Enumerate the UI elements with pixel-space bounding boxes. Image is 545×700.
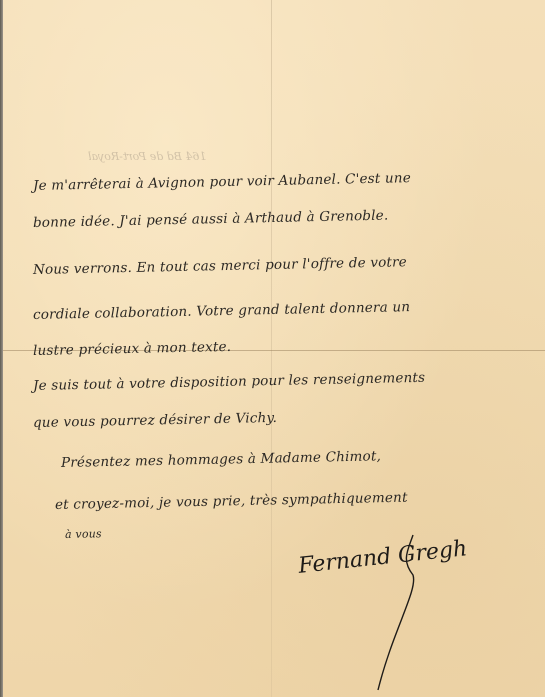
letter-line-4: cordiale collaboration. Votre grand tale… [33, 299, 410, 323]
letter-page: 164 Bd de Port-Royal Je m'arrêterai à Av… [3, 0, 545, 697]
letter-line-10: à vous [65, 527, 102, 541]
bleed-through-header: 164 Bd de Port-Royal [88, 150, 206, 163]
letter-line-2: bonne idée. J'ai pensé aussi à Arthaud à… [33, 208, 389, 231]
letter-line-5: lustre précieux à mon texte. [33, 339, 232, 359]
letter-line-1: Je m'arrêterai à Avignon pour voir Auban… [33, 170, 411, 194]
signature-flourish-icon [373, 530, 433, 697]
letter-line-6: Je suis tout à votre disposition pour le… [33, 370, 426, 394]
letter-line-7: que vous pourrez désirer de Vichy. [33, 410, 277, 431]
letter-line-8: Présentez mes hommages à Madame Chimot, [61, 448, 381, 471]
letter-line-9: et croyez-moi, je vous prie, très sympat… [55, 490, 408, 513]
vertical-fold-crease [271, 0, 272, 697]
letter-line-3: Nous verrons. En tout cas merci pour l'o… [33, 254, 407, 278]
